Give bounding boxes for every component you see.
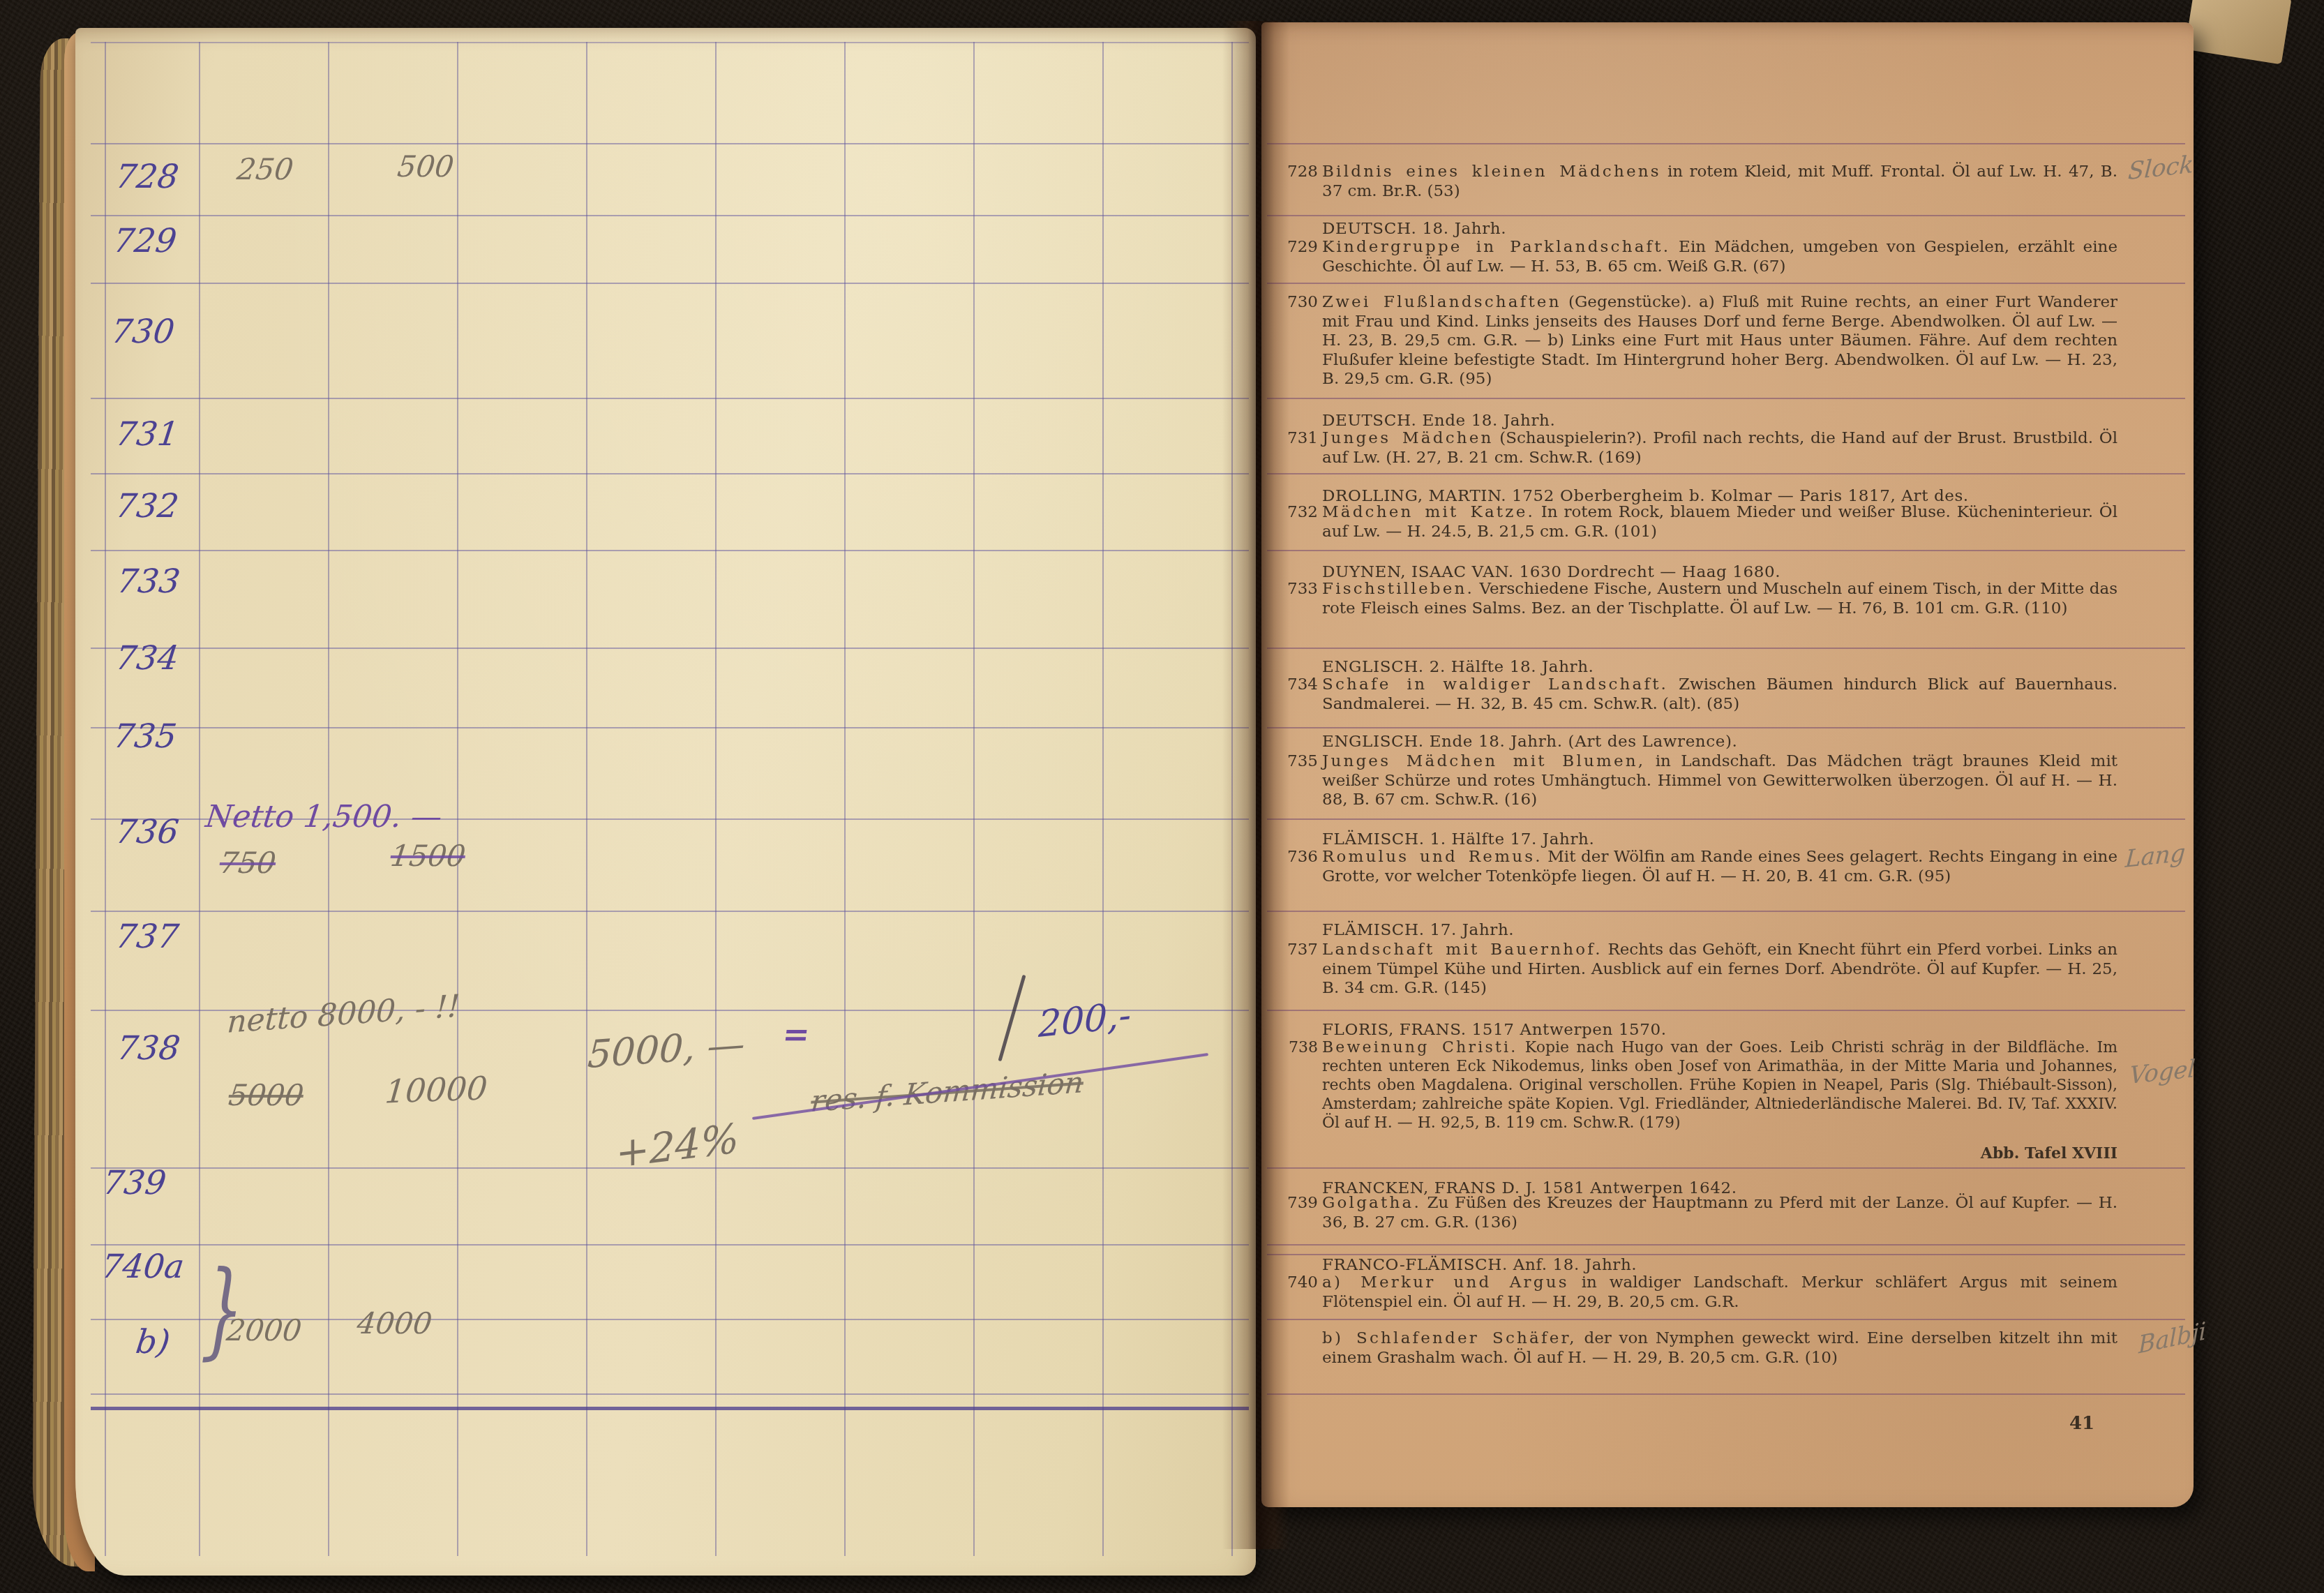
grid-vline — [1102, 42, 1104, 1556]
ledger-note-pencil: netto 8000, - !! — [226, 988, 460, 1040]
catalog-entry: 732Mädchen mit Katze. In rotem Rock, bla… — [1322, 503, 2117, 541]
catalog-entry: 734Schafe in waldiger Landschaft. Zwisch… — [1322, 675, 2117, 714]
grid-hline — [91, 283, 1249, 284]
grid-hline — [91, 398, 1249, 399]
catalog-entry: 740a) Merkur und Argus in waldiger Lands… — [1322, 1273, 2117, 1312]
check-stroke — [998, 975, 1026, 1061]
entry-title: Golgatha. — [1322, 1194, 1421, 1212]
entry-number: 733 — [1286, 580, 1318, 599]
entry-text: Zu Füßen des Kreuzes der Hauptmann zu Pf… — [1322, 1194, 2117, 1232]
entry-number: 737 — [1286, 941, 1318, 960]
ledger-row-number: 740a — [100, 1248, 186, 1286]
catalog-entry: 739Golgatha. Zu Füßen des Kreuzes der Ha… — [1322, 1194, 2117, 1232]
section-header: DEUTSCH. Ende 18. Jahrh. — [1322, 412, 2124, 431]
entry-title: Fischstilleben. — [1322, 580, 1474, 598]
ledger-row-number: 739 — [101, 1164, 168, 1202]
ledger-row-number: 735 — [112, 717, 179, 756]
ledger-amount: 4000 — [355, 1306, 434, 1340]
entry-number: 735 — [1286, 752, 1318, 772]
ledger-row-number: 732 — [114, 487, 181, 525]
grid-hline — [91, 550, 1249, 551]
entry-number: 732 — [1286, 503, 1318, 523]
separator-rule — [1267, 1010, 2185, 1011]
margin-note: Vogel — [2129, 1055, 2196, 1090]
entry-number: 729 — [1286, 238, 1318, 257]
entry-title: Kindergruppe in Parklandschaft. — [1322, 238, 1670, 256]
entry-title: Schafe in waldiger Landschaft. — [1322, 675, 1668, 694]
ledger-amount-ink: 200,- — [1038, 994, 1132, 1046]
grid-vline — [199, 42, 200, 1556]
grid-hline — [91, 911, 1249, 912]
separator-rule — [1267, 283, 2185, 284]
ledger-row-number: 736 — [114, 813, 181, 851]
margin-note: Balbji — [2138, 1317, 2206, 1360]
entry-title: Mädchen mit Katze. — [1322, 503, 1535, 521]
grid-vline — [586, 42, 587, 1556]
catalog-entry: 737Landschaft mit Bauernhof. Rechts das … — [1322, 941, 2117, 999]
entry-number: 731 — [1286, 429, 1318, 449]
ledger-brace: } — [200, 1249, 246, 1370]
separator-rule — [1267, 727, 2185, 728]
section-header: FLORIS, FRANS. 1517 Antwerpen 1570. — [1322, 1021, 2124, 1040]
entry-number: 740 — [1286, 1273, 1318, 1293]
entry-number: 728 — [1286, 163, 1318, 182]
grid-hline — [91, 1244, 1249, 1246]
entry-title: Junges Mädchen — [1322, 429, 1494, 447]
grid-hline — [91, 215, 1249, 216]
separator-rule — [1267, 473, 2185, 474]
catalog-entry: 729Kindergruppe in Parklandschaft. Ein M… — [1322, 238, 2117, 276]
separator-rule — [1267, 143, 2185, 144]
entry-title: a) Merkur und Argus — [1322, 1273, 1569, 1292]
ledger-equals-mark: = — [781, 1015, 812, 1053]
ledger-row-number: 737 — [114, 918, 181, 956]
catalog-entry: 735Junges Mädchen mit Blumen, in Landsch… — [1322, 752, 2117, 810]
catalog-entry: 731Junges Mädchen (Schauspielerin?). Pro… — [1322, 429, 2117, 468]
ledger-amount: 2000 — [225, 1313, 303, 1347]
catalog-entry: b) Schlafender Schäfer, der von Nymphen … — [1322, 1329, 2117, 1368]
catalog-entry: 730Zwei Flußlandschaften (Gegenstücke). … — [1322, 293, 2117, 389]
ledger-row-number: b) — [134, 1323, 172, 1361]
entry-number: 730 — [1286, 293, 1318, 313]
catalog-entry: 733Fischstilleben. Verschiedene Fische, … — [1322, 580, 2117, 618]
section-header: FLÄMISCH. 1. Hälfte 17. Jahrh. — [1322, 830, 2124, 849]
grid-vline — [715, 42, 717, 1556]
grid-hline — [91, 1393, 1249, 1395]
ledger-amount: 5000, — — [587, 1022, 747, 1077]
ledger-amount-struck: 5000 — [227, 1078, 306, 1112]
page-number: 41 — [2069, 1413, 2094, 1434]
catalog-page: 728Bildnis eines kleinen Mädchens in rot… — [1261, 22, 2194, 1507]
gutter-shadow — [1222, 21, 1289, 1549]
ledger-amount: 10000 — [384, 1069, 489, 1110]
separator-rule — [1267, 550, 2185, 551]
separator-rule — [1267, 215, 2185, 216]
separator-rule — [1267, 1254, 2185, 1255]
entry-title: Beweinung Christi. — [1322, 1039, 1517, 1056]
ledger-note-ink: Netto 1,500. — — [204, 799, 444, 835]
ledger-row-number: 730 — [110, 313, 177, 351]
ledger-row-number: 728 — [114, 158, 181, 196]
book-photo: 728 729 730 731 732 733 734 735 736 737 … — [0, 0, 2324, 1593]
entry-title: Zwei Flußlandschaften — [1322, 293, 1561, 311]
separator-rule — [1267, 911, 2185, 912]
grid-hline — [91, 473, 1249, 474]
section-header: DUYNEN, ISAAC VAN. 1630 Dordrecht — Haag… — [1322, 563, 2124, 582]
ledger-amount-struck: 750 — [218, 846, 278, 880]
grid-vline — [844, 42, 846, 1556]
plate-reference: Abb. Tafel XVIII — [1322, 1144, 2117, 1162]
grid-hline — [91, 143, 1249, 144]
grid-hline-heavy — [91, 1407, 1249, 1410]
entry-title: Bildnis eines kleinen Mädchens — [1322, 163, 1661, 181]
grid-hline — [91, 727, 1249, 728]
section-header: FRANCO-FLÄMISCH. Anf. 18. Jahrh. — [1322, 1256, 2124, 1275]
section-header: FLÄMISCH. 17. Jahrh. — [1322, 921, 2124, 940]
ledger-amount: 250 — [235, 152, 295, 186]
entry-number: 739 — [1286, 1194, 1318, 1213]
section-header: ENGLISCH. 2. Hälfte 18. Jahrh. — [1322, 658, 2124, 677]
separator-rule — [1267, 1393, 2185, 1395]
grid-hline — [91, 648, 1249, 649]
section-header: ENGLISCH. Ende 18. Jahrh. (Art des Lawre… — [1322, 733, 2124, 751]
entry-title: Junges Mädchen mit Blumen, — [1322, 752, 1645, 770]
ledger-row-number: 738 — [115, 1029, 182, 1068]
grid-vline — [457, 42, 458, 1556]
grid-hline — [91, 42, 1249, 43]
separator-rule — [1267, 648, 2185, 649]
catalog-entry: 728Bildnis eines kleinen Mädchens in rot… — [1322, 163, 2117, 201]
ledger-amount: 500 — [396, 149, 456, 184]
entry-number: 736 — [1286, 848, 1318, 867]
catalog-entry: 738Beweinung Christi. Kopie nach Hugo va… — [1322, 1038, 2117, 1132]
ledger-row-number: 729 — [112, 222, 179, 260]
ledger-row-number: 734 — [114, 639, 181, 678]
ledger-amount-struck: 1500 — [389, 839, 467, 873]
entry-number: 738 — [1286, 1038, 1318, 1057]
grid-vline — [973, 42, 975, 1556]
section-header: DEUTSCH. 18. Jahrh. — [1322, 220, 2124, 239]
ledger-page: 728 729 730 731 732 733 734 735 736 737 … — [75, 28, 1256, 1576]
separator-rule — [1267, 398, 2185, 399]
margin-note: Slock — [2127, 151, 2195, 186]
catalog-entry: 736Romulus und Remus. Mit der Wölfin am … — [1322, 848, 2117, 886]
entry-title: b) Schlafender Schäfer, — [1322, 1329, 1577, 1347]
entry-title: Landschaft mit Bauernhof. — [1322, 941, 1603, 959]
separator-rule — [1267, 1319, 2185, 1320]
ledger-row-number: 731 — [114, 415, 181, 454]
entry-title: Romulus und Remus. — [1322, 848, 1543, 866]
separator-rule — [1267, 1167, 2185, 1169]
separator-rule — [1267, 818, 2185, 820]
ledger-row-number: 733 — [115, 562, 182, 601]
margin-note: Lang — [2124, 839, 2187, 874]
separator-rule — [1267, 1244, 2185, 1246]
entry-number: 734 — [1286, 675, 1318, 695]
grid-vline — [105, 42, 106, 1556]
page-corner-sliver — [2184, 0, 2291, 64]
